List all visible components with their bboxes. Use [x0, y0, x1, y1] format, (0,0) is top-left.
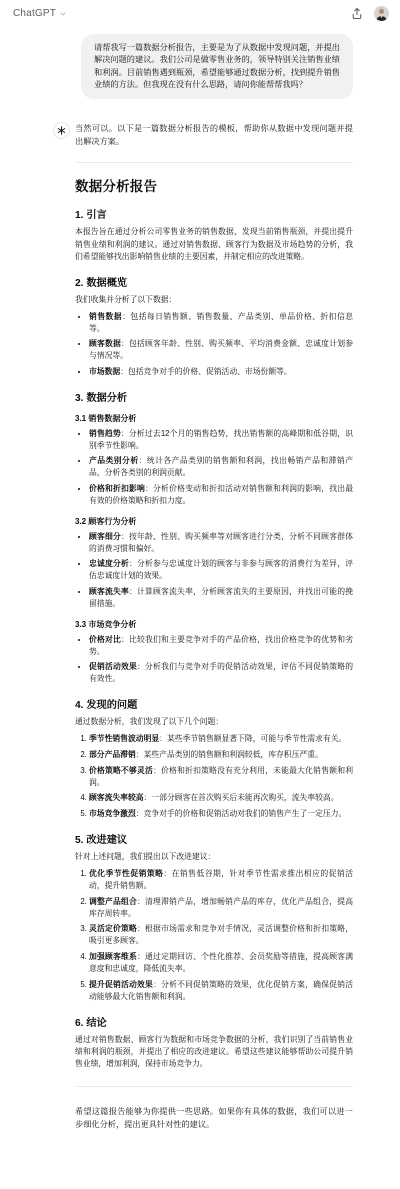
chatgpt-window: ChatGPT	[0, 0, 400, 1189]
report-paragraph: 针对上述问题，我们提出以下改进建议：	[75, 851, 353, 863]
report: 数据分析报告 1. 引言本报告旨在通过分析公司零售业务的销售数据，发现当前销售瓶…	[0, 175, 400, 1070]
report-section-heading: 5. 改进建议	[75, 831, 353, 846]
chevron-down-icon	[59, 10, 67, 18]
list-item-lead: 调整产品组合	[89, 897, 137, 906]
list-item-lead: 加强顾客维系	[89, 952, 137, 961]
section-divider-bottom	[75, 1086, 353, 1087]
list-item-lead: 销售趋势	[89, 429, 121, 438]
top-bar: ChatGPT	[0, 0, 400, 25]
list-item-lead: 价格策略不够灵活	[89, 766, 153, 775]
list-item-lead: 顾客细分	[89, 532, 121, 541]
list-item-lead: 销售数据	[89, 312, 122, 321]
report-list-item: 销售趋势：分析过去12个月的销售趋势，找出销售额的高峰期和低谷期，识别季节性影响…	[89, 428, 353, 452]
report-list-item: 产品类别分析：统计各产品类别的销售额和利润，找出畅销产品和滞销产品，分析各类别的…	[89, 455, 353, 479]
report-title: 数据分析报告	[75, 175, 353, 195]
user-message-row: 请帮我写一篇数据分析报告，主要是为了从数据中发现问题，并提出解决问题的建议。我们…	[0, 34, 400, 99]
report-paragraph: 通过对销售数据、顾客行为数据和市场竞争数据的分析，我们识别了当前销售业绩和利润的…	[75, 1034, 353, 1070]
model-switcher[interactable]: ChatGPT	[10, 6, 70, 21]
report-list: 价格对比：比较我们和主要竞争对手的产品价格，找出价格竞争的优势和劣势。促销活动效…	[75, 634, 353, 686]
conversation-thread: 请帮我写一篇数据分析报告，主要是为了从数据中发现问题，并提出解决问题的建议。我们…	[0, 34, 400, 1131]
report-list: 季节性销售波动明显：某些季节销售额显著下降，可能与季节性需求有关。部分产品滞销：…	[75, 733, 353, 819]
share-button[interactable]	[351, 7, 363, 20]
openai-logo-icon	[53, 122, 70, 139]
assistant-outro-text: 希望这篇报告能够为你提供一些思路。如果你有具体的数据，我们可以进一步细化分析，提…	[75, 1105, 353, 1131]
app-title: ChatGPT	[13, 8, 56, 19]
report-list-item: 顾客流失率：计算顾客流失率，分析顾客流失的主要原因，并找出可能的挽留措施。	[89, 586, 353, 610]
report-subsection-heading: 3.2 顾客行为分析	[75, 516, 353, 527]
list-item-lead: 顾客数据	[89, 339, 121, 348]
report-subsection-heading: 3.3 市场竞争分析	[75, 619, 353, 630]
user-photo-avatar-icon	[374, 6, 389, 21]
list-item-lead: 提升促销活动效果	[89, 980, 153, 989]
report-list-item: 价格策略不够灵活：价格和折扣策略没有充分利用，未能最大化销售额和利润。	[89, 765, 353, 789]
report-list-item: 提升促销活动效果：分析不同促销策略的效果，优化促销方案，确保促销活动能够最大化销…	[89, 979, 353, 1003]
list-item-lead: 市场竞争激烈	[89, 809, 136, 818]
report-list: 销售趋势：分析过去12个月的销售趋势，找出销售额的高峰期和低谷期，识别季节性影响…	[75, 428, 353, 507]
assistant-message-row: 当然可以。以下是一篇数据分析报告的模板，帮助你从数据中发现问题并提出解决方案。	[0, 122, 400, 148]
report-paragraph: 我们收集并分析了以下数据：	[75, 294, 353, 306]
list-item-lead: 忠诚度分析	[89, 559, 129, 568]
report-list-item: 市场数据：包括竞争对手的价格、促销活动、市场份额等。	[89, 366, 353, 378]
report-list: 顾客细分：按年龄、性别、购买频率等对顾客进行分类，分析不同顾客群体的消费习惯和偏…	[75, 531, 353, 610]
report-list-item: 顾客流失率较高：一部分顾客在首次购买后未能再次购买，流失率较高。	[89, 792, 353, 804]
report-paragraph: 本报告旨在通过分析公司零售业务的销售数据，发现当前销售瓶颈，并提出提升销售业绩和…	[75, 226, 353, 262]
section-divider-top	[75, 162, 353, 163]
report-list: 优化季节性促销策略：在销售低谷期，针对季节性需求推出相应的促销活动，提升销售额。…	[75, 868, 353, 1003]
report-list-item: 销售数据：包括每日销售额、销售数量、产品类别、单品价格、折扣信息等。	[89, 311, 353, 335]
report-subsection-heading: 3.1 销售数据分析	[75, 413, 353, 424]
report-list-item: 顾客细分：按年龄、性别、购买频率等对顾客进行分类，分析不同顾客群体的消费习惯和偏…	[89, 531, 353, 555]
report-body: 1. 引言本报告旨在通过分析公司零售业务的销售数据，发现当前销售瓶颈，并提出提升…	[75, 206, 353, 1070]
report-list-item: 部分产品滞销：某些产品类别的销售额和利润较低，库存积压严重。	[89, 749, 353, 761]
report-list-item: 灵活定价策略：根据市场需求和竞争对手情况，灵活调整价格和折扣策略，吸引更多顾客。	[89, 923, 353, 947]
report-list-item: 季节性销售波动明显：某些季节销售额显著下降，可能与季节性需求有关。	[89, 733, 353, 745]
user-message-bubble: 请帮我写一篇数据分析报告，主要是为了从数据中发现问题，并提出解决问题的建议。我们…	[81, 34, 353, 99]
report-list-item: 调整产品组合：清理滞销产品，增加畅销产品的库存，优化产品组合，提高库存周转率。	[89, 896, 353, 920]
list-item-lead: 价格和折扣影响	[89, 484, 145, 493]
report-list-item: 价格对比：比较我们和主要竞争对手的产品价格，找出价格竞争的优势和劣势。	[89, 634, 353, 658]
report-list-item: 价格和折扣影响：分析价格变动和折扣活动对销售额和利润的影响，找出最有效的价格策略…	[89, 483, 353, 507]
share-icon	[351, 7, 363, 20]
report-section-heading: 1. 引言	[75, 206, 353, 221]
report-list-item: 忠诚度分析：分析参与忠诚度计划的顾客与非参与顾客的消费行为差异，评估忠诚度计划的…	[89, 558, 353, 582]
report-section-heading: 2. 数据概览	[75, 274, 353, 289]
report-section-heading: 4. 发现的问题	[75, 696, 353, 711]
list-item-lead: 产品类别分析	[89, 456, 139, 465]
report-section-heading: 6. 结论	[75, 1014, 353, 1029]
report-list: 销售数据：包括每日销售额、销售数量、产品类别、单品价格、折扣信息等。顾客数据：包…	[75, 311, 353, 378]
assistant-intro-text: 当然可以。以下是一篇数据分析报告的模板，帮助你从数据中发现问题并提出解决方案。	[75, 122, 353, 148]
report-paragraph: 通过数据分析，我们发现了以下几个问题：	[75, 716, 353, 728]
list-item-lead: 季节性销售波动明显	[89, 734, 159, 743]
list-item-lead: 促销活动效果	[89, 662, 137, 671]
list-item-lead: 顾客流失率较高	[89, 793, 144, 802]
list-item-lead: 市场数据	[89, 367, 120, 376]
report-list-item: 优化季节性促销策略：在销售低谷期，针对季节性需求推出相应的促销活动，提升销售额。	[89, 868, 353, 892]
list-item-lead: 部分产品滞销	[89, 750, 136, 759]
report-list-item: 顾客数据：包括顾客年龄、性别、购买频率、平均消费金额、忠诚度计划参与情况等。	[89, 338, 353, 362]
top-actions	[351, 6, 389, 21]
report-list-item: 促销活动效果：分析我们与竞争对手的促销活动效果，评估不同促销策略的有效性。	[89, 661, 353, 685]
report-list-item: 加强顾客维系：通过定期回访、个性化推荐、会员奖励等措施，提高顾客满意度和忠诚度，…	[89, 951, 353, 975]
report-list-item: 市场竞争激烈：竞争对手的价格和促销活动对我们的销售产生了一定压力。	[89, 808, 353, 820]
list-item-lead: 优化季节性促销策略	[89, 869, 163, 878]
list-item-lead: 灵活定价策略	[89, 924, 137, 933]
assistant-outro-row: 希望这篇报告能够为你提供一些思路。如果你有具体的数据，我们可以进一步细化分析，提…	[0, 1105, 400, 1131]
report-section-heading: 3. 数据分析	[75, 389, 353, 404]
account-avatar[interactable]	[374, 6, 389, 21]
list-item-lead: 顾客流失率	[89, 587, 129, 596]
list-item-lead: 价格对比	[89, 635, 121, 644]
